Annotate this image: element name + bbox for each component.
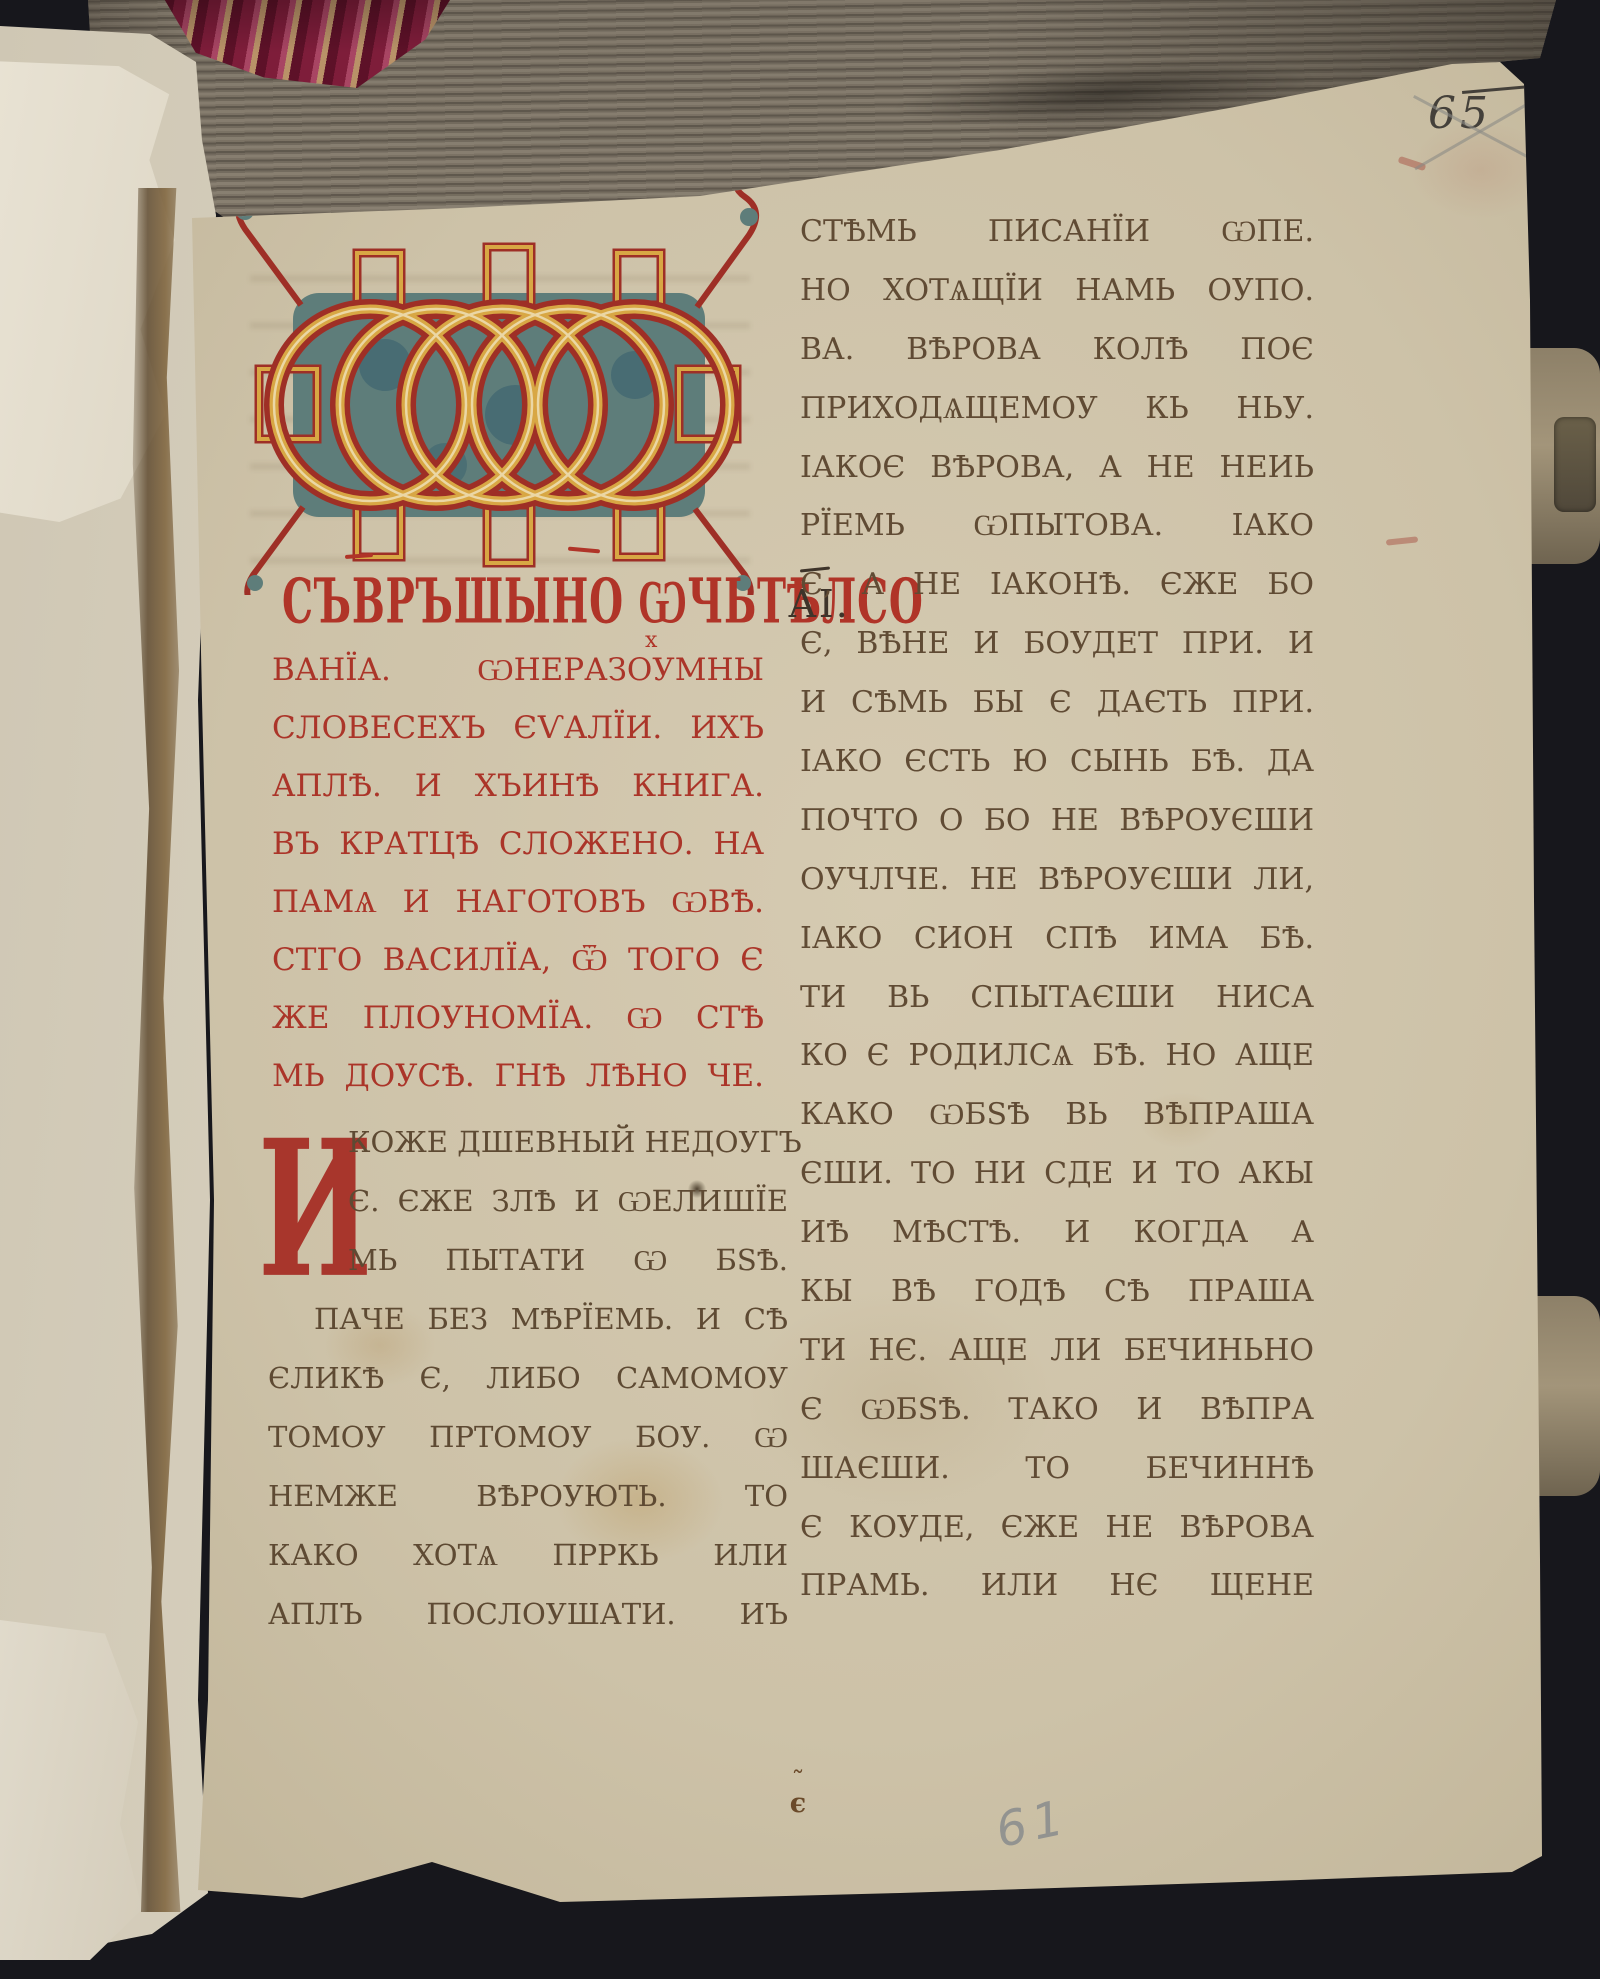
text-line: ІАКО СИОН СПѢ ИМА БѢ. — [800, 921, 1314, 980]
rubric-block: ВАНЇА. ѠНЕРАЗОУМНЫ СЛОВЕСЕХЪ ЄѴАЛЇИ. ИХЪ… — [272, 652, 764, 1116]
text-line: ПОЧТО О БО НЕ ВѢРОУЄШИ — [800, 803, 1314, 862]
folio-number-macron — [1462, 85, 1530, 94]
rubric-line: СЛОВЕСЕХЪ ЄѴАЛЇИ. ИХЪ — [272, 710, 764, 768]
pencil-foliation-number: 61 — [991, 1789, 1074, 1859]
text-line: НО ХОТѦЩЇИ НАМЬ ОУПО. — [800, 273, 1314, 332]
text-line: КЫ ВѢ ГОДѢ СѢ ПРАША — [800, 1274, 1314, 1333]
text-line: Є. ЄЖЕ ЗЛѢ И ѠЕЛИШЇЕ — [268, 1184, 788, 1243]
strap-buckle — [1554, 417, 1596, 512]
text-line: Є КОУДЕ, ЄЖЕ НЕ ВѢРОВА — [800, 1510, 1314, 1569]
text-line: МЬ ПЫТАТИ Ѡ БЅѢ. — [268, 1243, 788, 1302]
red-pigment-offset-mark — [1386, 536, 1418, 545]
text-line: ЄШИ. ТО НИ СДЕ И ТО АКЫ — [800, 1156, 1314, 1215]
text-line: ОУЧЛЧЕ. НЕ ВѢРОУЄШИ ЛИ, — [800, 862, 1314, 921]
text-line: ПРАМЬ. ИЛИ НЄ ЩЕНЕ — [800, 1568, 1314, 1627]
rubric-superscript-mark: х — [645, 628, 657, 653]
text-line: Є ѠБЅѢ. ТАКО И ВѢПРА — [800, 1392, 1314, 1451]
quire-mark-tilde: ˜ — [778, 1776, 818, 1788]
rubric-line: ЖЕ ПЛОУНОМЇА. Ѡ СТѢ — [272, 1000, 764, 1058]
text-line: КОЖЕ ДШЕВНЫЙ НЕДОУГЪ — [268, 1125, 788, 1184]
vellum-strap-upper — [1524, 348, 1600, 564]
text-line: ІАКОЄ ВѢРОВА, А НЕ НЕИЬ — [800, 450, 1314, 509]
text-line: АПЛЪ ПОСЛОУШАТИ. ИЪ — [268, 1597, 788, 1656]
text-line: КАКО ХОТѦ ПРРКЬ ИЛИ — [268, 1538, 788, 1597]
left-text-column: КОЖЕ ДШЕВНЫЙ НЕДОУГЪ Є. ЄЖЕ ЗЛѢ И ѠЕЛИШЇ… — [268, 1125, 788, 1656]
quire-mark-letter: є — [778, 1788, 818, 1819]
manuscript-photo: СЪВРЪШЫНО ѠЧЬТѢЛСО АІ. х ВАНЇА. ѠНЕРАЗОУ… — [0, 0, 1600, 1979]
text-line: Є, А НЕ ІАКОНѢ. ЄЖЕ БО — [800, 567, 1314, 626]
text-line: НЕМЖЕ ВѢРОУЮТЬ. ТО — [268, 1479, 788, 1538]
text-line: ІАКО ЄСТЬ Ю СЫНЬ БѢ. ДА — [800, 744, 1314, 803]
rubric-line: ВЪ КРАТЦѢ СЛОЖЕНО. НА — [272, 826, 764, 884]
text-line: СТѢМЬ ПИСАНЇИ ѠПЕ. — [800, 214, 1314, 273]
quire-signature-mark: ˜ є — [778, 1776, 818, 1819]
text-line: ИѢ МѢСТѢ. И КОГДА А — [800, 1215, 1314, 1274]
rubric-line: СТГО ВАСИЛЇА, Ѿ ТОГО Є — [272, 942, 764, 1000]
headpiece-interlace-ornament — [215, 165, 780, 595]
manuscript-page: СЪВРЪШЫНО ѠЧЬТѢЛСО АІ. х ВАНЇА. ѠНЕРАЗОУ… — [0, 0, 1600, 1979]
rubric-title: СЪВРЪШЫНО ѠЧЬТѢЛСО — [282, 566, 672, 660]
text-line: ПАЧЕ БЕЗ МѢРЇЕМЬ. И СѢ — [268, 1302, 788, 1361]
text-line: ШАЄШИ. ТО БЕЧИННѢ — [800, 1451, 1314, 1510]
text-line: ВА. ВѢРОВА КОЛѢ ПОЄ — [800, 332, 1314, 391]
text-line: ТИ ВЬ СПЫТАЄШИ НИСА — [800, 980, 1314, 1039]
text-line: КО Є РОДИЛСѦ БѢ. НО АЩЕ — [800, 1038, 1314, 1097]
right-text-column: СТѢМЬ ПИСАНЇИ ѠПЕ. НО ХОТѦЩЇИ НАМЬ ОУПО.… — [800, 214, 1314, 1627]
text-line: ТОМОУ ПРТОМОУ БОУ. Ѡ — [268, 1420, 788, 1479]
rubric-line: ВАНЇА. ѠНЕРАЗОУМНЫ — [272, 652, 764, 710]
text-line: ТИ НЄ. АЩЕ ЛИ БЕЧИНЬНО — [800, 1333, 1314, 1392]
text-line: КАКО ѠБЅѢ ВЬ ВѢПРАША — [800, 1097, 1314, 1156]
text-line: И СѢМЬ БЫ Є ДАЄТЬ ПРИ. — [800, 685, 1314, 744]
text-line: Є, ВѢНЕ И БОУДЕТ ПРИ. И — [800, 626, 1314, 685]
text-line: ЄЛИКѢ Є, ЛИБО САМОМОУ — [268, 1361, 788, 1420]
text-line: ПРИХОДѦЩЕМОУ КЬ НЬУ. — [800, 391, 1314, 450]
text-line: РЇЕМЬ ѠПЫТОВА. ІАКО — [800, 508, 1314, 567]
rubric-line: АПЛѢ. И ХЪИНѢ КНИГА. — [272, 768, 764, 826]
rubric-line: ПАМѦ И НАГОТОВЪ ѠВѢ. — [272, 884, 764, 942]
